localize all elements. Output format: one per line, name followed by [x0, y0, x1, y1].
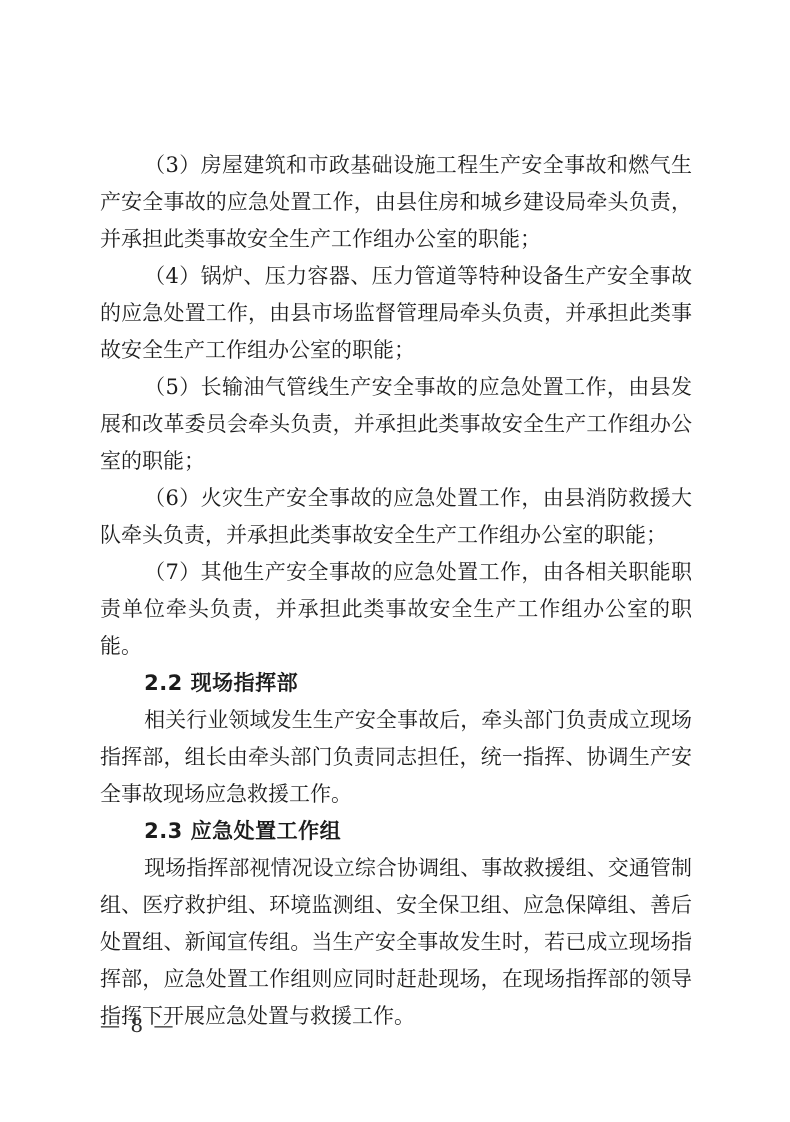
paragraph: （6）火灾生产安全事故的应急处置工作，由县消防救援大队牵头负责，并承担此类事故安… — [100, 480, 692, 554]
paragraph: （3）房屋建筑和市政基础设施工程生产安全事故和燃气生产安全事故的应急处置工作，由… — [100, 147, 692, 258]
paragraph: 相关行业领域发生生产安全事故后，牵头部门负责成立现场指挥部，组长由牵头部门负责同… — [100, 702, 692, 813]
paragraph: （4）锅炉、压力容器、压力管道等特种设备生产安全事故的应急处置工作，由县市场监督… — [100, 258, 692, 369]
document-page: （3）房屋建筑和市政基础设施工程生产安全事故和燃气生产安全事故的应急处置工作，由… — [0, 0, 790, 1122]
document-body: （3）房屋建筑和市政基础设施工程生产安全事故和燃气生产安全事故的应急处置工作，由… — [100, 147, 692, 1035]
page-number: — 8 — — [100, 1010, 175, 1040]
paragraph: （5）长输油气管线生产安全事故的应急处置工作，由县发展和改革委员会牵头负责，并承… — [100, 369, 692, 480]
paragraph: （7）其他生产安全事故的应急处置工作，由各相关职能职责单位牵头负责，并承担此类事… — [100, 554, 692, 665]
section-heading: 2.3 应急处置工作组 — [100, 813, 692, 850]
paragraph: 现场指挥部视情况设立综合协调组、事故救援组、交通管制组、医疗救护组、环境监测组、… — [100, 850, 692, 1035]
section-heading: 2.2 现场指挥部 — [100, 665, 692, 702]
